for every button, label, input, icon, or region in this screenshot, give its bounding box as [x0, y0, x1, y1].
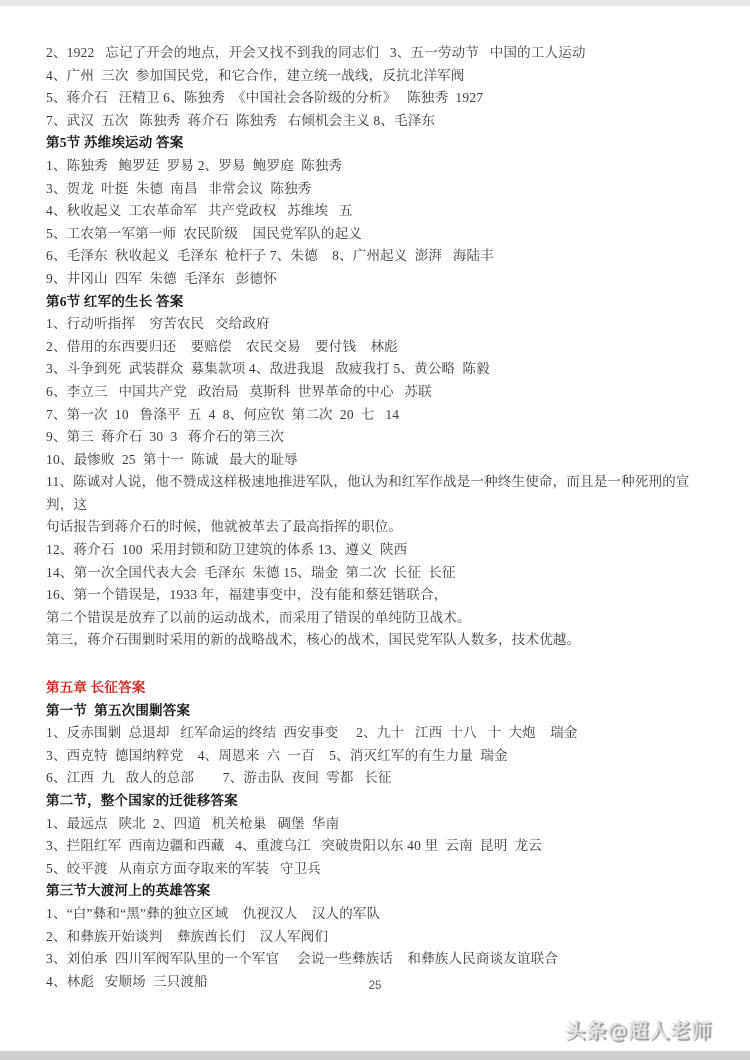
text-line: 5、蒋介石 汪精卫 6、陈独秀 《中国社会各阶级的分析》 陈独秀 1927	[46, 87, 710, 110]
text-line: 3、斗争到死 武装群众 募集款项 4、敌进我退 敌疲我打 5、黄公略 陈毅	[46, 358, 710, 381]
text-line: 3、刘伯承 四川军阀军队里的一个军官 会说一些彝族话 和彝族人民商谈友谊联合	[46, 948, 710, 971]
text-line: 6、江西 九 敌人的总部 7、游击队 夜间 雩都 长征	[46, 767, 710, 790]
text-line: 14、第一次全国代表大会 毛泽东 朱德 15、瑞金 第二次 长征 长征	[46, 562, 710, 585]
text-line: 7、第一次 10 鲁涤平 五 4 8、何应钦 第二次 20 七 14	[46, 404, 710, 427]
section-heading: 第6节 红军的生长 答案	[46, 291, 710, 314]
document-body: 2、1922 忘记了开会的地点，开会又找不到我的同志们 3、五一劳动节 中国的工…	[46, 42, 710, 993]
text-line: 2、1922 忘记了开会的地点，开会又找不到我的同志们 3、五一劳动节 中国的工…	[46, 42, 710, 65]
text-line: 10、最惨败 25 第十一 陈诚 最大的耻辱	[46, 449, 710, 472]
text-line: 1、“白”彝和“黑”彝的独立区域 仇视汉人 汉人的军队	[46, 903, 710, 926]
text-line: 16、第一个错误是，1933 年，福建事变中，没有能和蔡廷锴联合，	[46, 584, 710, 607]
text-line: 6、毛泽东 秋收起义 毛泽东 枪杆子 7、朱德 8、广州起义 澎湃 海陆丰	[46, 245, 710, 268]
text-line: 3、拦阻红军 西南边疆和西藏 4、重渡乌江 突破贵阳以东 40 里 云南 昆明 …	[46, 835, 710, 858]
text-line: 7、武汉 五次 陈独秀 蒋介石 陈独秀 右倾机会主义 8、毛泽东	[46, 110, 710, 133]
text-line: 5、工农第一军第一师 农民阶级 国民党军队的起义	[46, 223, 710, 246]
text-line: 1、行动听指挥 穷苦农民 交给政府	[46, 313, 710, 336]
section-heading: 第三节大渡河上的英雄答案	[46, 880, 710, 903]
section-heading: 第二节，整个国家的迁徙移答案	[46, 790, 710, 813]
text-line: 12、蒋介石 100 采用封锁和防卫建筑的体系 13、遵义 陕西	[46, 539, 710, 562]
text-line: 2、借用的东西要归还 要赔偿 农民交易 要付钱 林彪	[46, 336, 710, 359]
section-heading: 第5节 苏维埃运动 答案	[46, 132, 710, 155]
text-line: 11、陈诚对人说，他不赞成这样极速地推进军队，他认为和红军作战是一种终生使命，而…	[46, 471, 710, 516]
text-line: 3、西克特 德国纳粹党 4、周恩来 六 一百 5、消灭红军的有生力量 瑞金	[46, 745, 710, 768]
text-line: 2、和彝族开始谈判 彝族酋长们 汉人军阀们	[46, 926, 710, 949]
text-line: 1、陈独秀 鲍罗廷 罗易 2、罗易 鲍罗庭 陈独秀	[46, 155, 710, 178]
text-line: 1、反赤围剿 总退却 红军命运的终结 西安事变 2、九十 江西 十八 十 大炮 …	[46, 722, 710, 745]
page-number: 25	[0, 980, 750, 992]
text-line: 1、最远点 陕北 2、四道 机关枪巢 碉堡 华南	[46, 813, 710, 836]
text-line: 9、井冈山 四军 朱德 毛泽东 彭德怀	[46, 268, 710, 291]
text-line: 9、第三 蒋介石 30 3 蒋介石的第三次	[46, 426, 710, 449]
text-line: 第二个错误是放弃了以前的运动战术，而采用了错误的单纯防卫战术。	[46, 607, 710, 630]
text-line: 句话报告到蒋介石的时候，他就被革去了最高指挥的职位。	[46, 516, 710, 539]
document-page: 2、1922 忘记了开会的地点，开会又找不到我的同志们 3、五一劳动节 中国的工…	[0, 0, 750, 1060]
watermark: 头条@超人老师	[565, 1014, 712, 1043]
text-line: 4、秋收起义 工农革命军 共产党政权 苏维埃 五	[46, 200, 710, 223]
chapter-heading: 第五章 长征答案	[46, 677, 710, 700]
text-line: 6、李立三 中国共产党 政治局 莫斯科 世界革命的中心 苏联	[46, 381, 710, 404]
top-edge-bar	[0, 0, 750, 6]
text-line: 第三，蒋介石围剿时采用的新的战略战术，核心的战术，国民党军队人数多，技术优越。	[46, 629, 710, 652]
bottom-edge-bar	[0, 1051, 750, 1060]
text-line: 5、皎平渡 从南京方面夺取来的军装 守卫兵	[46, 858, 710, 881]
section-heading: 第一节 第五次围剿答案	[46, 700, 710, 723]
text-line: 4、广州 三次 参加国民党，和它合作，建立统一战线，反抗北洋军阀	[46, 65, 710, 88]
text-line: 3、贺龙 叶挺 朱德 南昌 非常会议 陈独秀	[46, 178, 710, 201]
